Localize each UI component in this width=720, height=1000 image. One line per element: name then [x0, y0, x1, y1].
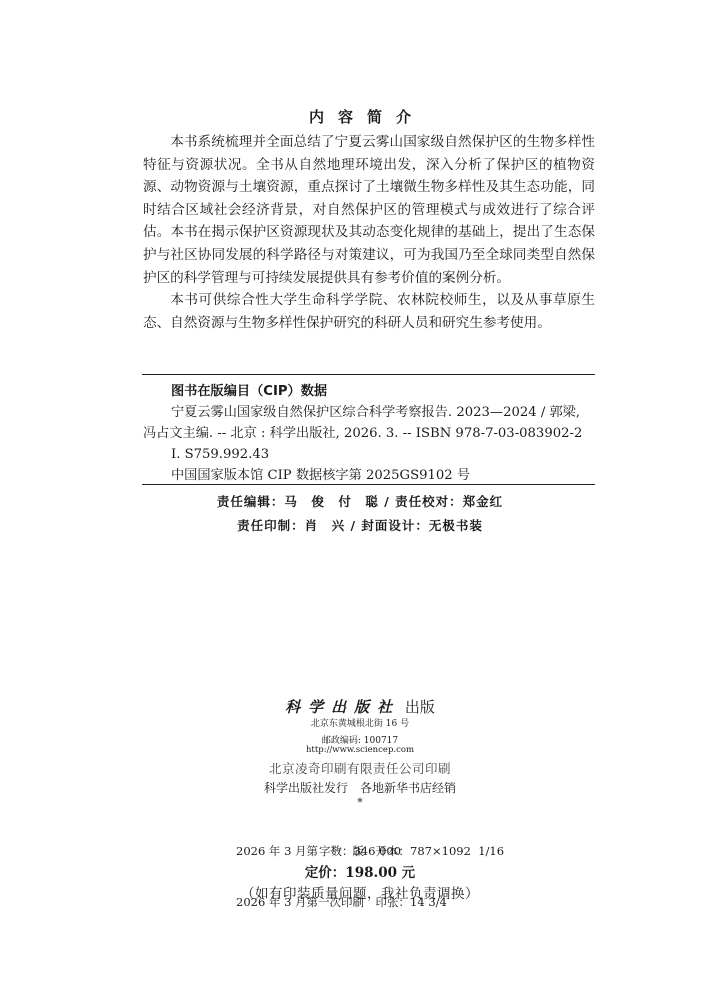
- summary-title: 内容简介: [0, 106, 720, 127]
- word-count: 字数：346 000: [0, 843, 720, 859]
- summary-body: 本书系统梳理并全面总结了宁夏云雾山国家级自然保护区的生物多样性特征与资源状况。全…: [143, 131, 595, 334]
- quality-notice: （如有印装质量问题，我社负责调换）: [0, 882, 720, 902]
- publisher-address: 北京东黄城根北街 16 号: [0, 716, 720, 733]
- summary-paragraph: 本书系统梳理并全面总结了宁夏云雾山国家级自然保护区的生物多样性特征与资源状况。全…: [143, 131, 595, 289]
- cip-title: 图书在版编目（CIP）数据: [143, 381, 595, 402]
- credits-line: 责任编辑：马 俊 付 聪 / 责任校对：郑金红: [0, 490, 720, 514]
- publisher-logo: 科学出版社: [285, 698, 400, 716]
- cip-classification: Ⅰ. S759.992.43: [143, 444, 595, 465]
- cip-top-rule: [142, 374, 595, 375]
- publisher-suffix: 出版: [405, 698, 435, 716]
- summary-paragraph: 本书可供综合性大学生命科学学院、农林院校师生，以及从事草原生态、自然资源与生物多…: [143, 289, 595, 334]
- cip-approval-number: 中国国家版本馆 CIP 数据核字第 2025GS9102 号: [143, 465, 595, 486]
- cip-bottom-rule: [142, 484, 595, 485]
- distribution-line: 科学出版社发行 各地新华书店经销: [0, 779, 720, 796]
- cip-block: 图书在版编目（CIP）数据 宁夏云雾山国家级自然保护区综合科学考察报告. 202…: [143, 381, 595, 486]
- editorial-credits: 责任编辑：马 俊 付 聪 / 责任校对：郑金红 责任印制：肖 兴 / 封面设计：…: [0, 490, 720, 538]
- printer-line: 北京凌奇印刷有限责任公司印刷: [0, 759, 720, 777]
- cip-entry-line: 宁夏云雾山国家级自然保护区综合科学考察报告. 2023—2024 / 郭梁,: [143, 402, 595, 423]
- separator-star: *: [0, 796, 720, 809]
- price: 定价：198.00 元: [0, 861, 720, 881]
- cip-entry-line: 冯占文主编. -- 北京 : 科学出版社, 2026. 3. -- ISBN 9…: [143, 423, 595, 444]
- publisher-line: 科学出版社 出版: [0, 696, 720, 717]
- publisher-website[interactable]: http://www.sciencep.com: [0, 742, 720, 759]
- credits-line: 责任印制：肖 兴 / 封面设计：无极书装: [0, 514, 720, 538]
